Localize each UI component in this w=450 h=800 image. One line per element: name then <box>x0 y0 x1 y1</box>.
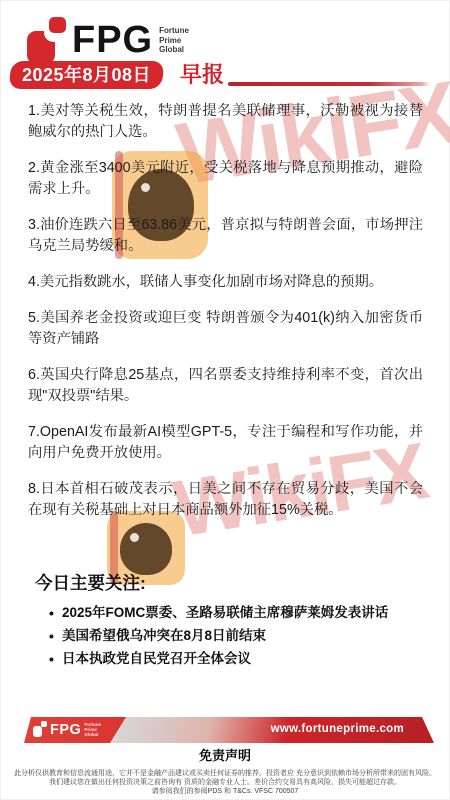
news-item: 3.油价连跌六日至63.86美元，普京拟与特朗普会面，市场押注乌克兰局势缓和。 <box>28 215 423 257</box>
fpg-logo: FPG Fortune Prime Global <box>27 17 189 66</box>
news-item: 6.英国央行降息25基点，四名票委支持维持利率不变，首次出现"双投票"结果。 <box>28 365 423 407</box>
report-type-label: 早报 <box>180 58 224 89</box>
news-list: 1.美对等关税生效，特朗普提名美联储理事，沃勒被视为接替鲍威尔的热门人选。 2.… <box>28 101 423 536</box>
news-item: 7.OpenAI发布最新AI模型GPT-5，专注于编程和写作功能，并向用户免费开… <box>28 422 423 464</box>
website-url: www.fortuneprime.com <box>271 723 404 735</box>
footer-fpg-logo-text: FPG <box>50 722 81 738</box>
date-badge: 2025年8月08日 <box>9 61 165 89</box>
morning-report-page: WikiFX WikiFX FPG Fortune Prime Global 2… <box>0 0 450 800</box>
focus-item: 2025年FOMC票委、圣路易联储主席穆萨莱姆发表讲话 <box>49 604 427 622</box>
news-item: 4.美元指数跳水，联储人事变化加剧市场对降息的预期。 <box>28 272 423 293</box>
footer-fpg-logo: FPG Fortune Prime Global <box>33 721 101 738</box>
fpg-logo-icon-big-square <box>27 31 55 64</box>
tagline-line: Global <box>84 732 101 737</box>
fpg-logo-text: FPG <box>72 17 153 63</box>
focus-section: 今日主要关注: 2025年FOMC票委、圣路易联储主席穆萨莱姆发表讲话 美国希望… <box>35 570 427 673</box>
disclaimer-line: 我们建议您在做出任何投资决策之前咨询有 资质的金融专业人士。差价合约交易具有高风… <box>0 778 450 787</box>
disclaimer-line: 请参阅我们的参阅PDS 和 T&Cs. VFSC 700507 <box>0 787 450 796</box>
date-text: 2025年8月08日 <box>10 61 163 89</box>
focus-item: 美国希望俄乌冲突在8月8日前结束 <box>49 627 427 645</box>
disclaimer-line: 此分析仅供教育和信息流通用途，它并不是金融产品建议或买卖任何证券的推荐。投资者应… <box>0 769 450 778</box>
footer-fpg-logo-icon-small-square <box>41 721 47 727</box>
footer-fpg-logo-icon-big-square <box>33 726 42 737</box>
tagline-line: Global <box>159 45 189 55</box>
disclaimer-section: 免责声明 此分析仅供教育和信息流通用途，它并不是金融产品建议或买卖任何证券的推荐… <box>0 745 450 796</box>
focus-list: 2025年FOMC票委、圣路易联储主席穆萨莱姆发表讲话 美国希望俄乌冲突在8月8… <box>35 604 427 668</box>
news-item: 1.美对等关税生效，特朗普提名美联储理事，沃勒被视为接替鲍威尔的热门人选。 <box>28 101 423 143</box>
news-item: 8.日本首相石破茂表示，日美之间不存在贸易分歧，美国不会在现有关税基础上对日本商… <box>28 479 423 521</box>
focus-heading: 今日主要关注: <box>35 570 427 595</box>
footer-fpg-logo-tagline: Fortune Prime Global <box>84 722 101 737</box>
news-item: 2.黄金涨至3400美元附近，受关税落地与降息预期推动，避险需求上升。 <box>28 158 423 200</box>
fpg-logo-tagline: Fortune Prime Global <box>159 17 189 55</box>
disclaimer-title: 免责声明 <box>0 745 450 764</box>
fpg-logo-icon-small-square <box>49 17 66 33</box>
fpg-logo-icon <box>27 17 67 66</box>
header-divider <box>228 82 430 86</box>
footer-fpg-logo-icon <box>33 721 47 738</box>
focus-item: 日本执政党自民党召开全体会议 <box>49 650 427 668</box>
footer-banner: FPG Fortune Prime Global www.fortuneprim… <box>24 717 434 743</box>
tagline-line: Fortune <box>159 26 189 36</box>
news-item: 5.美国养老金投资或迎巨变 特朗普颁令为401(k)纳入加密货币等资产铺路 <box>28 308 423 350</box>
tagline-line: Prime <box>159 36 189 46</box>
